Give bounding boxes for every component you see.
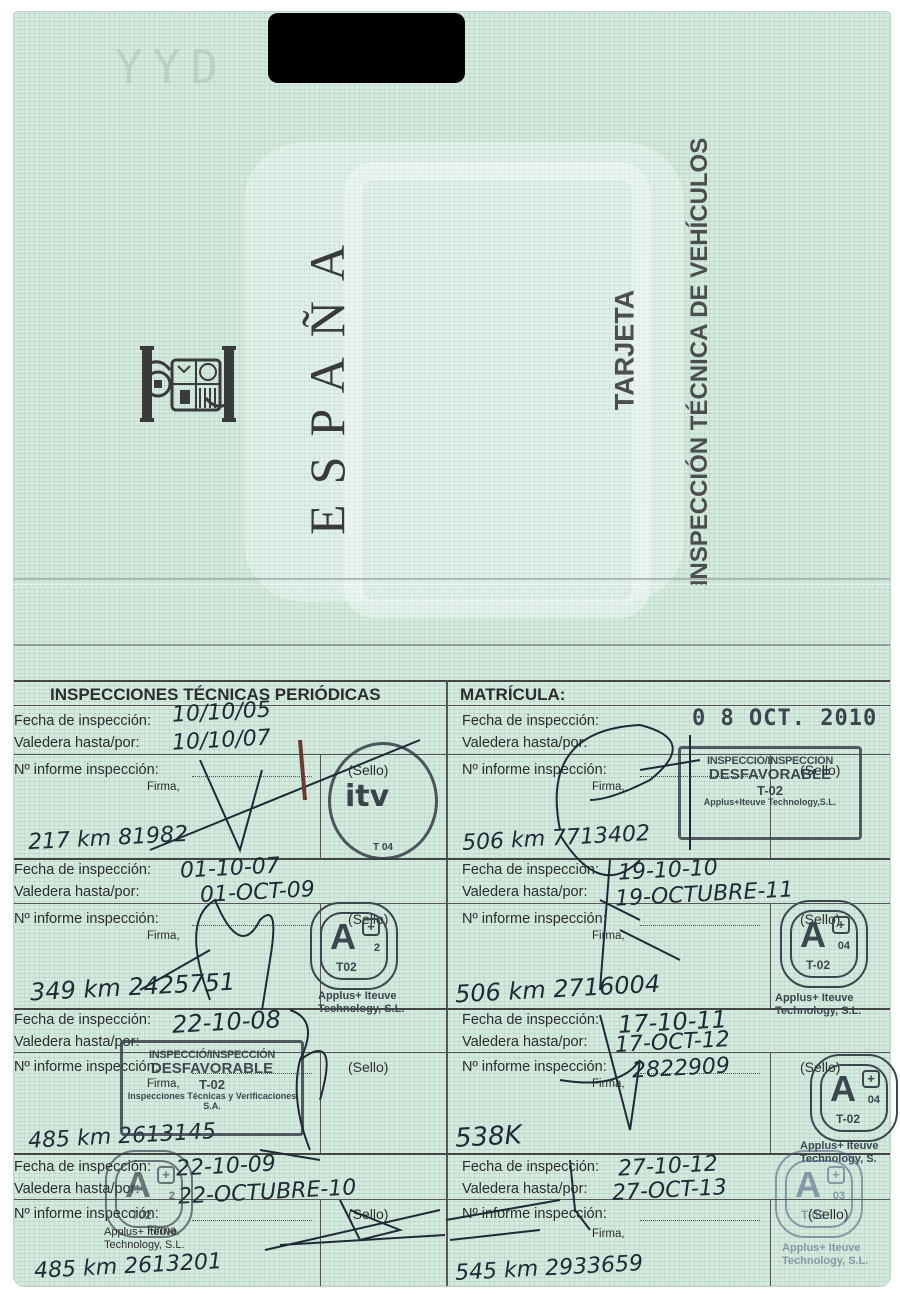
plus-icon: +: [827, 1166, 845, 1184]
country-title: ESPAÑA: [298, 225, 356, 535]
table-top-border: [14, 680, 890, 682]
stamp-number: 04: [868, 1094, 880, 1106]
fecha-label: Fecha de inspección:: [462, 862, 599, 878]
row-line: [14, 1008, 890, 1010]
handwritten-km-report: 538K: [454, 1120, 522, 1153]
informe-label: Nº informe inspección:: [462, 762, 607, 778]
stamp-line3: T-02: [681, 784, 859, 798]
plus-icon: +: [157, 1166, 175, 1184]
fold-edge: [14, 644, 890, 646]
stamp-company-line1: Applus+ Iteuve: [782, 1242, 868, 1255]
itv-a-letter: A: [125, 1164, 151, 1206]
valedera-label: Valedera hasta/por:: [14, 735, 139, 751]
valedera-label: Valedera hasta/por:: [462, 884, 587, 900]
firma-label: Firma,: [147, 930, 180, 942]
valedera-value: 10/10/07: [171, 725, 271, 755]
sello-label: (Sello): [348, 1206, 388, 1222]
sello-divider: [320, 1199, 321, 1286]
card-title-line2: INSPECCIÓN TÉCNICA DE VEHÍCULOS: [686, 138, 714, 587]
plus-icon: +: [362, 918, 380, 936]
fecha-label: Fecha de inspección:: [14, 713, 151, 729]
itv-a-stamp: A + 03 T-02: [785, 1160, 853, 1228]
itv-a-stamp: A + 2 T02: [320, 912, 388, 980]
sello-divider: [320, 754, 321, 858]
desfavorable-stamp: INSPECCIÓ/INSPECCIÓN DESFAVORABLE T-02 I…: [120, 1040, 304, 1136]
valedera-label: Valedera hasta/por:: [462, 1034, 587, 1050]
coat-of-arms-icon: [140, 346, 236, 422]
firma-label: Firma,: [592, 1078, 625, 1090]
stamp-number: 04: [838, 940, 850, 952]
sello-divider: [320, 1052, 321, 1153]
itv-a-letter: A: [795, 1164, 821, 1206]
sello-divider: [770, 1052, 771, 1153]
fecha-label: Fecha de inspección:: [462, 1012, 599, 1028]
fecha-value: 10/10/05: [171, 697, 271, 727]
sello-label: (Sello): [348, 1059, 388, 1075]
informe-dots: [192, 1219, 312, 1221]
stamp-code: T 04: [331, 842, 435, 853]
sello-divider: [770, 903, 771, 1008]
fecha-label: Fecha de inspección:: [14, 862, 151, 878]
valedera-label: Valedera hasta/por:: [14, 884, 139, 900]
itv-logo-icon: itv: [345, 779, 389, 814]
fecha-label: Fecha de inspección:: [14, 1012, 151, 1028]
card-title-line1: TARJETA: [610, 290, 641, 411]
informe-label: Nº informe inspección:: [462, 1206, 607, 1222]
stamp-company: Applus+ Iteuve Technology, S.L.: [318, 990, 404, 1016]
inspection-stamp-round: itv T 04: [328, 742, 438, 860]
stamp-company: Applus+ Iteuve Technology, S.L.: [104, 1226, 185, 1252]
valedera-label: Valedera hasta/por:: [462, 735, 587, 751]
stamp-code: T02: [336, 960, 357, 974]
stamp-line2: DESFAVORABLE: [123, 1061, 301, 1078]
itv-a-letter: A: [330, 916, 356, 958]
stamp-code: T-02: [806, 958, 830, 972]
informe-dots: [192, 924, 312, 926]
stamp-line4: Applus+Iteuve Technology,S.L.: [681, 798, 859, 808]
informe-value: 2822909: [631, 1053, 730, 1083]
itv-a-stamp: A + 04 T-02: [790, 910, 858, 978]
sello-divider: [770, 1199, 771, 1286]
informe-dots: [640, 924, 760, 926]
fold-crease: [14, 578, 890, 585]
stamp-number: 2: [169, 1190, 175, 1202]
plate-header: MATRÍCULA:: [460, 685, 565, 705]
stamp-company: Applus+ Iteuve Technology, S.L.: [775, 992, 861, 1018]
stamp-code: T-02: [836, 1112, 860, 1126]
stamp-company-line2: Technology, S.L.: [318, 1003, 404, 1016]
stamp-number: 2: [374, 942, 380, 954]
stamp-line2: DESFAVORABLE: [681, 767, 859, 784]
perforation-mark: YYD: [115, 40, 228, 94]
fecha-label: Fecha de inspección:: [462, 713, 599, 729]
itv-a-letter: A: [830, 1068, 856, 1110]
informe-label: Nº informe inspección:: [14, 911, 159, 927]
informe-label: Nº informe inspección:: [462, 911, 607, 927]
stamp-line4: Inspecciones Técnicas y Verificaciones S…: [123, 1092, 301, 1112]
itv-a-letter: A: [800, 914, 826, 956]
stamp-number: 03: [833, 1190, 845, 1202]
fecha-value: 22-10-08: [171, 1005, 281, 1039]
itv-a-stamp: A + 04 T-02: [820, 1064, 888, 1132]
firma-label: Firma,: [592, 1228, 625, 1240]
firma-label: Firma,: [592, 930, 625, 942]
desfavorable-stamp: INSPECCIÓ/INSPECCIÓN DESFAVORABLE T-02 A…: [678, 746, 862, 840]
redaction-block: [268, 13, 465, 83]
informe-dots: [192, 775, 312, 777]
valedera-label: Valedera hasta/por:: [462, 1181, 587, 1197]
stamp-company-line1: Applus+ Iteuve: [104, 1226, 185, 1239]
stamp-line3: T-02: [123, 1078, 301, 1092]
watermark-frame: [344, 162, 650, 618]
stamp-company-line2: Technology, S.L.: [782, 1255, 868, 1268]
column-divider: [446, 680, 448, 1286]
row-line: [14, 858, 890, 860]
informe-label: Nº informe inspección:: [14, 762, 159, 778]
stamp-company-line1: Applus+ Iteuve: [775, 992, 861, 1005]
date-stamp: 0 8 OCT. 2010: [692, 706, 877, 731]
stamp-company-line2: Technology, S.L.: [775, 1005, 861, 1018]
stamp-code: T02: [131, 1208, 152, 1222]
firma-label: Firma,: [592, 781, 625, 793]
plus-icon: +: [862, 1070, 880, 1088]
firma-label: Firma,: [147, 781, 180, 793]
informe-label: Nº informe inspección:: [462, 1059, 607, 1075]
stamp-company: Applus+ Iteuve Technology, S.L.: [782, 1242, 868, 1268]
fecha-label: Fecha de inspección:: [462, 1159, 599, 1175]
plus-icon: +: [832, 916, 850, 934]
stamp-code: T-02: [801, 1208, 825, 1222]
itv-a-stamp: A + 2 T02: [115, 1160, 183, 1228]
stamp-company-line1: Applus+ Iteuve: [318, 990, 404, 1003]
stamp-company-line2: Technology, S.L.: [104, 1239, 185, 1252]
informe-dots: [640, 1219, 760, 1221]
